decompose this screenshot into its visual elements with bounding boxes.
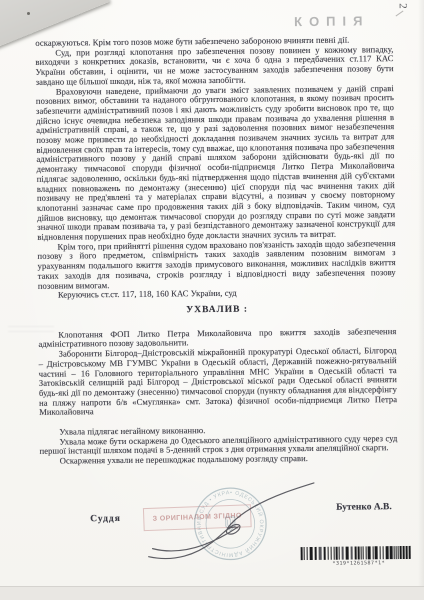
document-text: оскаржуються. Крім того позов може бути … [35,35,397,467]
judge-signature [140,475,323,565]
page-number: 2 [397,3,409,9]
paragraph: Враховуючи наведене, приймаючи до уваги … [36,84,396,243]
barcode-label: *319*1261587*1* [301,560,417,567]
barcode: *319*1261587*1* [301,546,417,567]
page-edge-shadow [418,0,424,600]
scan-content: 2 КОПІЯ оскаржуються. Крім того позов мо… [0,0,424,600]
copy-stamp: КОПІЯ [294,13,394,29]
page-bottom-edge [0,586,424,600]
closing-paragraph: Оскарження ухвали не перешкоджає подальш… [40,453,398,466]
legal-basis-line: Керуючись ст.ст. 117, 118, 160 КАС Украї… [38,287,396,300]
paragraph: Крім того, при прийнятті рішення судом в… [37,239,395,291]
margin-smudge [8,322,54,336]
ruling-heading: УХВАЛИВ : [38,304,396,317]
scan-speck [27,12,30,15]
judge-name: Бутенко А.В. [336,502,392,513]
barcode-stripes [301,546,417,560]
scanned-page: 2 КОПІЯ оскаржуються. Крім того позов мо… [0,0,424,600]
paragraph: Суд, при розгляді клопотання про забезпе… [35,45,393,88]
judge-label: Суддя [90,514,121,524]
resolution-paragraph: Заборонити Білгород–Дністровській міжрай… [39,346,398,418]
